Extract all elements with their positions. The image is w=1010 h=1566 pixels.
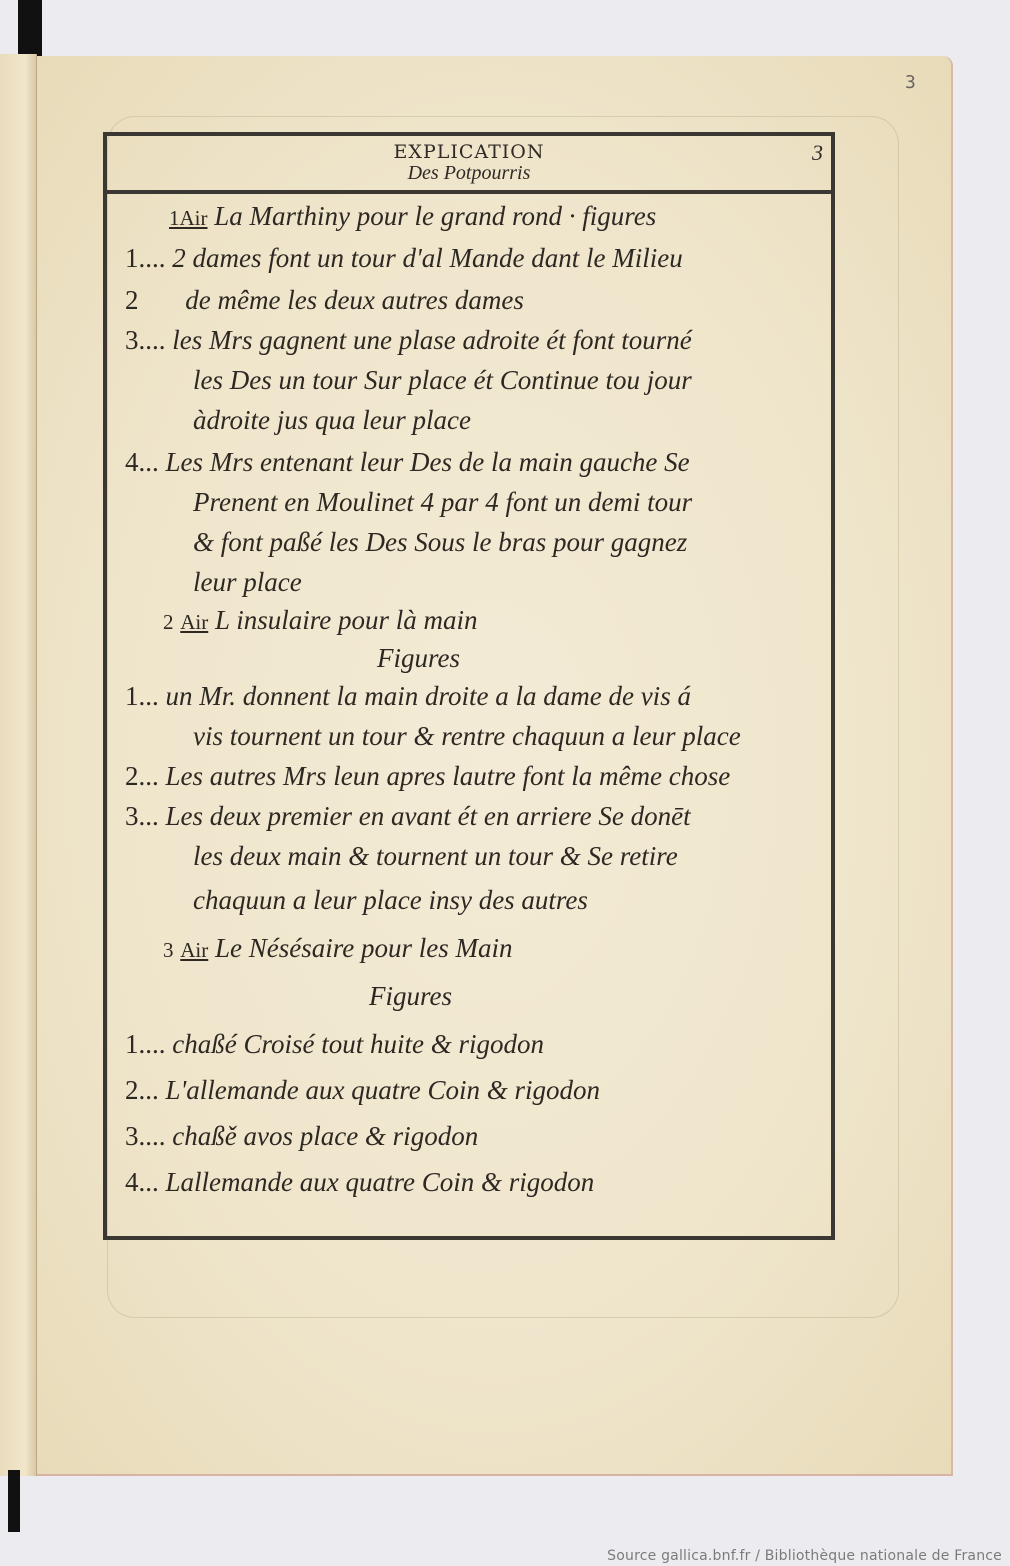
air-title: La Marthiny pour le grand rond · figures: [214, 201, 656, 231]
page-title: EXPLICATION: [107, 136, 831, 162]
figure-line: 4... Lallemande aux quatre Coin & rigodo…: [125, 1166, 594, 1198]
bookmark-ribbon-bottom: [8, 1470, 20, 1532]
air-title: L insulaire pour là main: [215, 605, 478, 635]
figure-line: 4... Les Mrs entenant leur Des de la mai…: [125, 446, 690, 478]
figure-line: 1.... 2 dames font un tour d'al Mande da…: [125, 242, 683, 274]
figure-line: 1.... chaßé Croisé tout huite & rigodon: [125, 1028, 544, 1060]
engraved-frame: EXPLICATION Des Potpourris 3 1Air La Mar…: [103, 132, 835, 1240]
previous-page-edge: [0, 54, 37, 1476]
figure-line-cont: les Des un tour Sur place ét Continue to…: [193, 364, 692, 396]
figure-line: 2... L'allemande aux quatre Coin & rigod…: [125, 1074, 600, 1106]
air-heading: 1Air La Marthiny pour le grand rond · fi…: [169, 200, 656, 234]
figure-line: 3... Les deux premier en avant ét en arr…: [125, 800, 691, 832]
figure-line: 2... Les autres Mrs leun apres lautre fo…: [125, 760, 730, 792]
air-heading: 3 Air Le Nésésaire pour les Main: [163, 932, 512, 966]
figure-line: 2 de même les deux autres dames: [125, 284, 524, 316]
page-subtitle: Des Potpourris: [107, 162, 831, 184]
figure-line-cont: Prenent en Moulinet 4 par 4 font un demi…: [193, 486, 692, 518]
figure-line-cont: leur place: [193, 566, 302, 598]
book-page: 3 EXPLICATION Des Potpourris 3 1Air La M…: [37, 56, 953, 1476]
figure-line: 3.... les Mrs gagnent une plase adroite …: [125, 324, 692, 356]
figure-line-cont: chaquun a leur place insy des autres: [193, 884, 588, 916]
air-heading: 2 Air L insulaire pour là main: [163, 604, 478, 638]
page-folio-number: 3: [905, 72, 916, 93]
figure-line-cont: les deux main & tournent un tour & Se re…: [193, 840, 678, 872]
figures-heading: Figures: [369, 980, 452, 1012]
figure-line-cont: àdroite jus qua leur place: [193, 404, 471, 436]
bookmark-ribbon-top: [18, 0, 42, 58]
source-credit: Source gallica.bnf.fr / Bibliothèque nat…: [607, 1548, 1002, 1564]
header-page-number: 3: [812, 140, 823, 166]
figure-line: 1... un Mr. donnent la main droite a la …: [125, 680, 691, 712]
figures-heading: Figures: [377, 642, 460, 674]
figure-line: 3.... chaßě avos place & rigodon: [125, 1120, 478, 1152]
page-body: 1Air La Marthiny pour le grand rond · fi…: [107, 194, 831, 200]
figure-line-cont: & font paßé les Des Sous le bras pour ga…: [193, 526, 687, 558]
page-header: EXPLICATION Des Potpourris 3: [107, 136, 831, 194]
air-title: Le Nésésaire pour les Main: [215, 933, 512, 963]
figure-line-cont: vis tournent un tour & rentre chaquun a …: [193, 720, 741, 752]
